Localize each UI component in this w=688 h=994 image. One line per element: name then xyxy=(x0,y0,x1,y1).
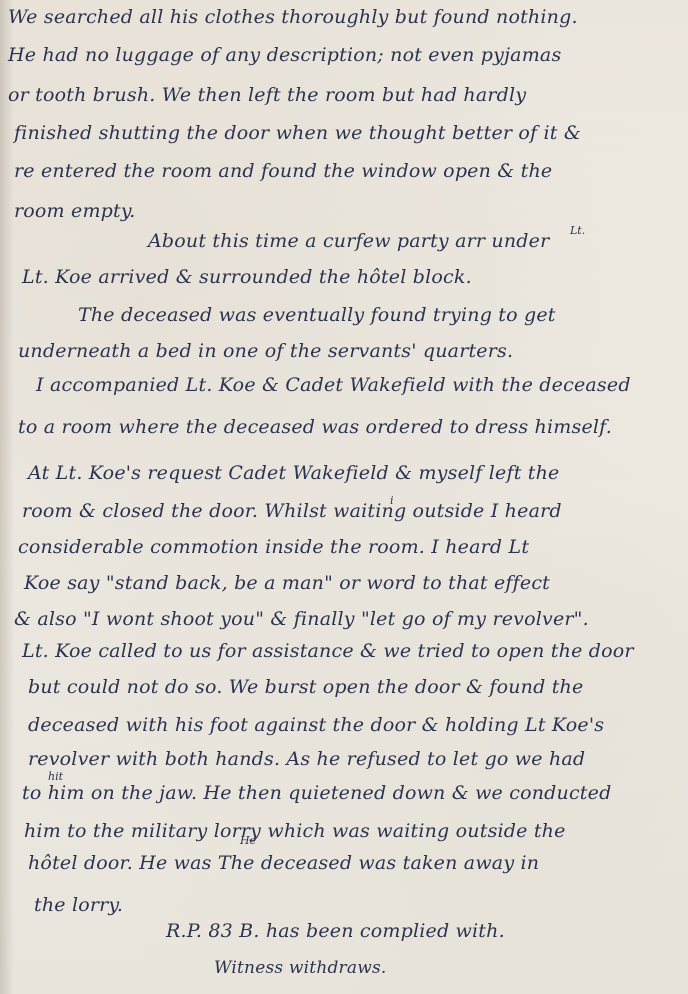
text-line-18: Lt. Koe called to us for assistance & we… xyxy=(22,640,634,662)
insertion-lt: Lt. xyxy=(570,224,585,237)
text-line-14: room & closed the door. Whilst waiting o… xyxy=(22,500,562,522)
text-line-16: Koe say "stand back, be a man" or word t… xyxy=(24,572,550,594)
text-line-7: About this time a curfew party arr under xyxy=(148,230,549,252)
text-line-15: considerable commotion inside the room. … xyxy=(18,536,529,558)
text-line-1: We searched all his clothes thoroughly b… xyxy=(8,6,578,28)
text-line-5: re entered the room and found the window… xyxy=(14,160,552,182)
text-line-25: the lorry. xyxy=(34,894,123,916)
text-line-22: to him on the jaw. He then quietened dow… xyxy=(22,782,611,804)
text-line-10: underneath a bed in one of the servants'… xyxy=(18,340,513,362)
text-line-2: He had no luggage of any description; no… xyxy=(8,44,561,66)
text-line-17: & also "I wont shoot you" & finally "let… xyxy=(14,608,589,630)
text-line-20: deceased with his foot against the door … xyxy=(28,714,604,736)
text-line-9: The deceased was eventually found trying… xyxy=(78,304,556,326)
text-line-6: room empty. xyxy=(14,200,136,222)
text-line-8: Lt. Koe arrived & surrounded the hôtel b… xyxy=(22,266,472,288)
insertion-he: He xyxy=(240,834,256,847)
manuscript-page: We searched all his clothes thoroughly b… xyxy=(0,0,688,994)
text-line-3: or tooth brush. We then left the room bu… xyxy=(8,84,526,106)
text-line-21: revolver with both hands. As he refused … xyxy=(28,748,585,770)
text-line-11: I accompanied Lt. Koe & Cadet Wakefield … xyxy=(36,374,631,396)
text-line-13: At Lt. Koe's request Cadet Wakefield & m… xyxy=(28,462,560,484)
rp-compliance-line: R.P. 83 B. has been complied with. xyxy=(166,920,505,942)
text-line-4: finished shutting the door when we thoug… xyxy=(14,122,581,144)
text-line-23: him to the military lorry which was wait… xyxy=(24,820,566,842)
witness-withdraws-line: Witness withdraws. xyxy=(214,958,387,978)
page-edge-shadow xyxy=(0,0,14,994)
text-line-24: hôtel door. He was The deceased was take… xyxy=(28,852,539,874)
text-line-12: to a room where the deceased was ordered… xyxy=(18,416,612,438)
text-line-19: but could not do so. We burst open the d… xyxy=(28,676,583,698)
